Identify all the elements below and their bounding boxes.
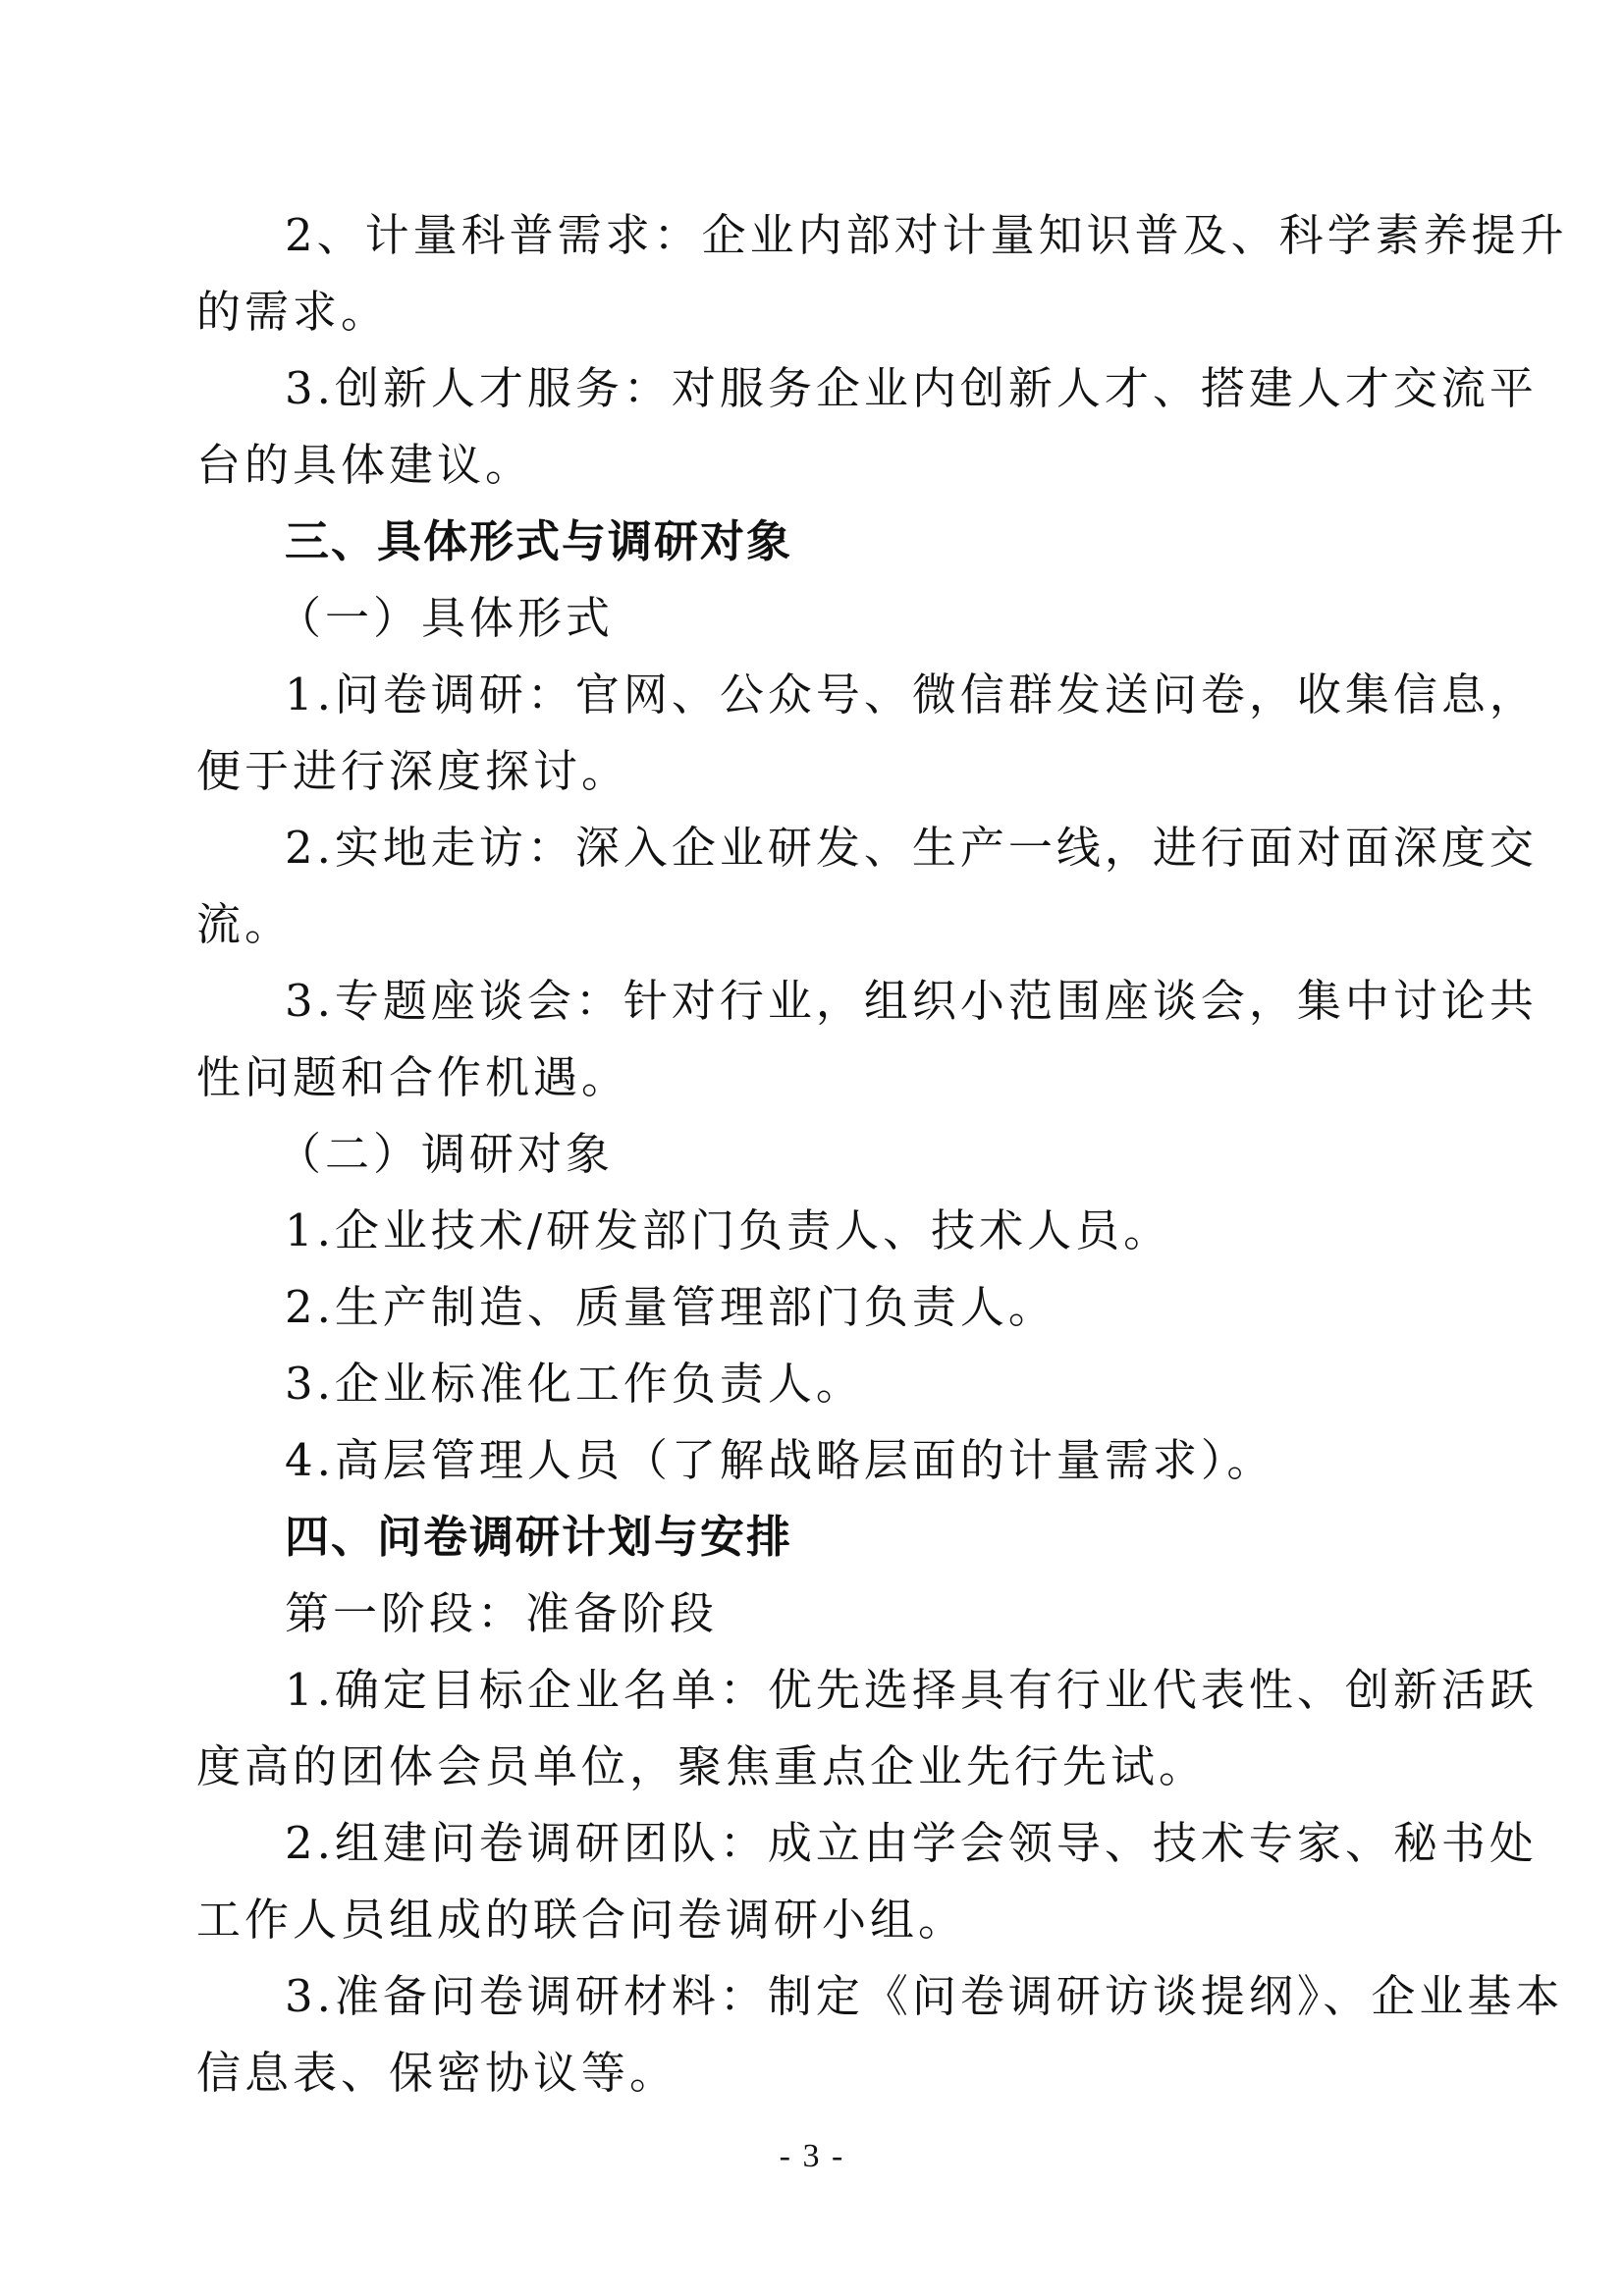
target-item-1: 1.企业技术/研发部门负责人、技术人员。 — [285, 1201, 1171, 1260]
section-3-heading: 三、具体形式与调研对象 — [285, 512, 792, 571]
phase-1-item-1-line2: 度高的团体会员单位，聚焦重点企业先行先试。 — [196, 1737, 1207, 1796]
form-item-3-line1: 3.专题座谈会：针对行业，组织小范围座谈会，集中讨论共 — [285, 972, 1434, 1031]
phase-1-item-2-line2: 工作人员组成的联合问卷调研小组。 — [196, 1891, 966, 1949]
paragraph-talent-service-line1: 3.创新人才服务：对服务企业内创新人才、搭建人才交流平 — [285, 359, 1434, 418]
phase-1-item-1-line1: 1.确定目标企业名单：优先选择具有行业代表性、创新活跃 — [285, 1661, 1434, 1720]
subsection-forms-heading: （一）具体形式 — [277, 589, 614, 648]
paragraph-popularization-needs-line1: 2、计量科普需求：企业内部对计量知识普及、科学素养提升 — [285, 206, 1434, 265]
paragraph-popularization-needs-line2: 的需求。 — [196, 283, 389, 342]
form-item-1-line2: 便于进行深度探讨。 — [196, 742, 629, 801]
target-item-2: 2.生产制造、质量管理部门负责人。 — [285, 1278, 1056, 1337]
form-item-2-line2: 流。 — [196, 895, 293, 954]
document-page: 2、计量科普需求：企业内部对计量知识普及、科学素养提升 的需求。 3.创新人才服… — [0, 0, 1624, 2296]
phase-1-item-3-line1: 3.准备问卷调研材料：制定《问卷调研访谈提纲》、企业基本 — [285, 1967, 1434, 2026]
paragraph-talent-service-line2: 台的具体建议。 — [196, 436, 533, 495]
target-item-3: 3.企业标准化工作负责人。 — [285, 1355, 864, 1414]
section-4-heading: 四、问卷调研计划与安排 — [285, 1508, 792, 1567]
target-item-4: 4.高层管理人员（了解战略层面的计量需求）。 — [285, 1431, 1274, 1490]
form-item-2-line1: 2.实地走访：深入企业研发、生产一线，进行面对面深度交 — [285, 819, 1434, 878]
page-number: - 3 - — [0, 2138, 1624, 2175]
subsection-targets-heading: （二）调研对象 — [277, 1125, 614, 1184]
phase-1-heading: 第一阶段：准备阶段 — [285, 1584, 718, 1643]
form-item-3-line2: 性问题和合作机遇。 — [196, 1048, 629, 1107]
phase-1-item-3-line2: 信息表、保密协议等。 — [196, 2044, 677, 2103]
form-item-1-line1: 1.问卷调研：官网、公众号、微信群发送问卷，收集信息， — [285, 666, 1434, 724]
phase-1-item-2-line1: 2.组建问卷调研团队：成立由学会领导、技术专家、秘书处 — [285, 1814, 1434, 1873]
